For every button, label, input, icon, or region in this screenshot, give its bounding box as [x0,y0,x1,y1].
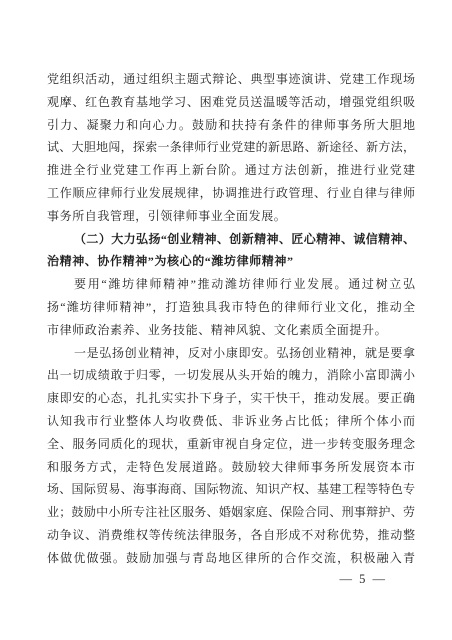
body-text-line: 出一切成绩敢于归零，一切发展从头开始的魄力，消除小富即满小 [47,364,415,387]
body-text-line: 场、国际贸易、海事海商、国际物流、知识产权、基建工程等特色专 [47,478,415,501]
body-text-line: 康即安的心态，扎扎实实扑下身子，实干快干，推动发展。要正确 [47,387,415,410]
document-body: 党组织活动，通过组织主题式辩论、典型事迹演讲、党建工作现场观摩、红色教育基地学习… [47,68,415,570]
body-text-line: 扬“潍坊律师精神”，打造独具我市特色的律师行业文化，推动全 [47,296,415,319]
heading-line: （二）大力弘扬“创业精神、创新精神、匠心精神、诚信精神、法 [47,228,415,251]
body-text-line: 体做优做强。鼓励加强与青岛地区律所的合作交流，积极融入青 [47,547,415,570]
heading-line: 治精神、协作精神”为核心的“潍坊律师精神” [47,250,415,273]
body-text-line: 事务所自我管理，引领律师事业全面发展。 [47,205,415,228]
body-text-line: 试、大胆地闯，探索一条律师行业党建的新思路、新途径、新方法， [47,136,415,159]
body-text-line: 一是弘扬创业精神，反对小康即安。弘扬创业精神，就是要拿 [47,342,415,365]
body-text-line: 观摩、红色教育基地学习、困难党员送温暖等活动，增强党组织吸 [47,91,415,114]
document-page: 党组织活动，通过组织主题式辩论、典型事迹演讲、党建工作现场观摩、红色教育基地学习… [0,0,452,640]
body-text-line: 引力、凝聚力和向心力。鼓励和扶持有条件的律师事务所大胆地 [47,114,415,137]
body-text-line: 推进全行业党建工作再上新台阶。通过方法创新，推进行业党建 [47,159,415,182]
body-text-line: 动争议、消费维权等传统法律服务，各自形成不对称优势，推动整 [47,524,415,547]
body-text-line: 要用“潍坊律师精神”推动潍坊律师行业发展。通过树立弘 [47,273,415,296]
body-text-line: 和服务方式，走特色发展道路。鼓励较大律师事务所发展资本市 [47,456,415,479]
page-number: — 5 — [340,572,388,586]
body-text-line: 认知我市行业整体人均收费低、非诉业务占比低；律所个体小而 [47,410,415,433]
body-text-line: 业；鼓励中小所专注社区服务、婚姻家庭、保险合同、刑事辩护、劳 [47,501,415,524]
body-text-line: 工作顺应律师行业发展规律，协调推进行政管理、行业自律与律师 [47,182,415,205]
body-text-line: 全、服务同质化的现状，重新审视自身定位，进一步转变服务理念 [47,433,415,456]
body-text-line: 市律师政治素养、业务技能、精神风貌、文化素质全面提升。 [47,319,415,342]
body-text-line: 党组织活动，通过组织主题式辩论、典型事迹演讲、党建工作现场 [47,68,415,91]
